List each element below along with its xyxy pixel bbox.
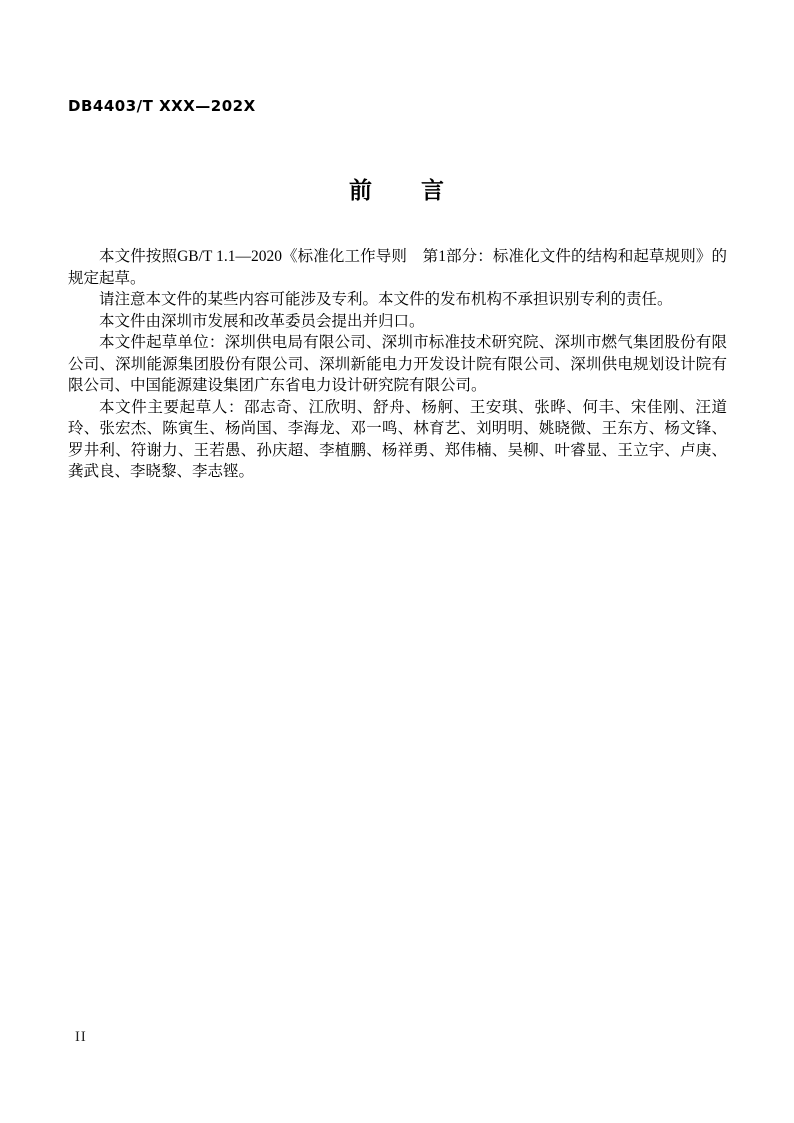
paragraph-proposing-body: 本文件由深圳市发展和改革委员会提出并归口。 bbox=[68, 311, 727, 333]
paragraph-patent-notice: 请注意本文件的某些内容可能涉及专利。本文件的发布机构不承担识别专利的责任。 bbox=[68, 289, 727, 311]
standard-number-header: DB4403/T XXX—202X bbox=[68, 97, 256, 115]
foreword-body: 本文件按照GB/T 1.1—2020《标准化工作导则 第1部分：标准化文件的结构… bbox=[68, 246, 727, 483]
footer-page-number: II bbox=[75, 1029, 87, 1046]
foreword-title: 前 言 bbox=[0, 172, 794, 205]
paragraph-drafting-organizations: 本文件起草单位：深圳供电局有限公司、深圳市标准技术研究院、深圳市燃气集团股份有限… bbox=[68, 332, 727, 397]
paragraph-drafting-rules: 本文件按照GB/T 1.1—2020《标准化工作导则 第1部分：标准化文件的结构… bbox=[68, 246, 727, 289]
document-page: DB4403/T XXX—202X 前 言 本文件按照GB/T 1.1—2020… bbox=[0, 0, 794, 1123]
paragraph-main-drafters: 本文件主要起草人：邵志奇、江欣明、舒舟、杨舸、王安琪、张晔、何丰、宋佳刚、汪道玲… bbox=[68, 397, 727, 483]
